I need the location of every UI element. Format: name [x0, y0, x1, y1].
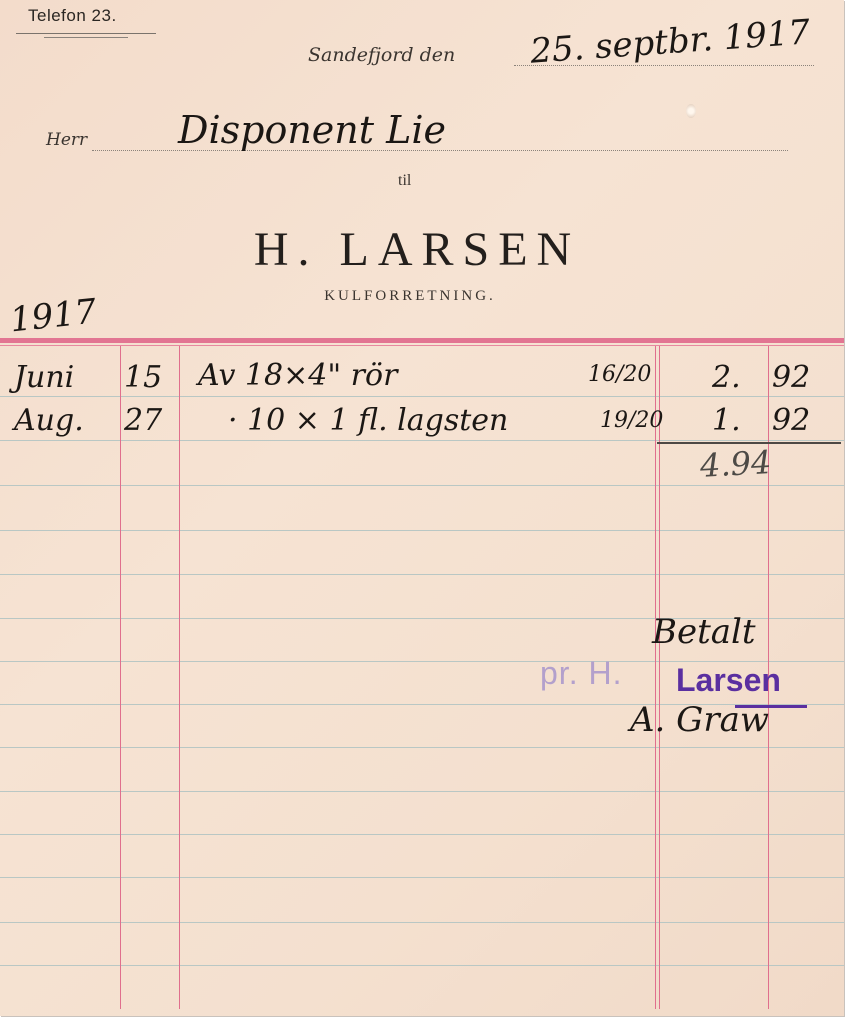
row-kroner: 1.: [712, 403, 741, 438]
ruled-line: [0, 530, 844, 531]
column-rule-month: [120, 346, 121, 1009]
company-name-text: H. LARSEN: [254, 223, 580, 276]
stamp-prefix: pr. H.: [540, 655, 622, 692]
row-unit-price: 16/20: [588, 362, 651, 387]
divider: [44, 37, 128, 38]
stamp-name: Larsen: [676, 662, 781, 699]
company-subtitle: KULFORRETNING.: [0, 288, 852, 305]
ruled-line: [0, 574, 844, 575]
row-kroner: 2.: [712, 360, 741, 395]
ruled-line: [0, 440, 844, 441]
column-rule-amount-left: [655, 346, 656, 1009]
row-ore: 92: [772, 403, 810, 438]
place-label: Sandefjord den: [308, 44, 455, 66]
company-subtitle-text: KULFORRETNING.: [324, 288, 496, 304]
ruled-line: [0, 922, 844, 923]
invoice-total: 4.94: [699, 443, 772, 485]
column-rule-day: [179, 346, 180, 1009]
til-label: til: [398, 172, 411, 190]
company-name: H. LARSEN: [0, 222, 852, 277]
row-description: · 10 × 1 fl. lagsten: [228, 403, 508, 438]
ruled-line: [0, 834, 844, 835]
header-double-rule: [0, 338, 844, 343]
row-day: 27: [124, 403, 162, 438]
signature: A. Graw: [630, 700, 769, 740]
invoice-paper: Telefon 23. Sandefjord den 25. septbr. 1…: [0, 0, 844, 1016]
telephone-number: Telefon 23.: [28, 6, 117, 26]
row-description: Av 18×4" rör: [198, 358, 397, 393]
header-double-rule-thin: [0, 345, 844, 346]
ruled-line: [0, 877, 844, 878]
divider: [16, 33, 156, 34]
ruled-line: [0, 396, 844, 397]
row-month: Juni: [14, 360, 74, 395]
column-rule-amount-left-double: [659, 346, 660, 1009]
ruled-line: [0, 965, 844, 966]
ruled-line: [0, 485, 844, 486]
ruled-line: [0, 791, 844, 792]
handwritten-date: 25. septbr. 1917: [529, 12, 811, 71]
row-day: 15: [124, 360, 162, 395]
ledger-year: 1917: [8, 292, 98, 341]
ruled-line: [0, 747, 844, 748]
row-month: Aug.: [14, 403, 84, 438]
row-ore: 92: [772, 360, 810, 395]
paid-annotation: Betalt: [652, 612, 756, 652]
punch-hole: [686, 104, 696, 118]
row-unit-price: 19/20: [600, 408, 663, 433]
recipient-label: Herr: [46, 130, 87, 150]
handwritten-recipient: Disponent Lie: [178, 108, 446, 152]
